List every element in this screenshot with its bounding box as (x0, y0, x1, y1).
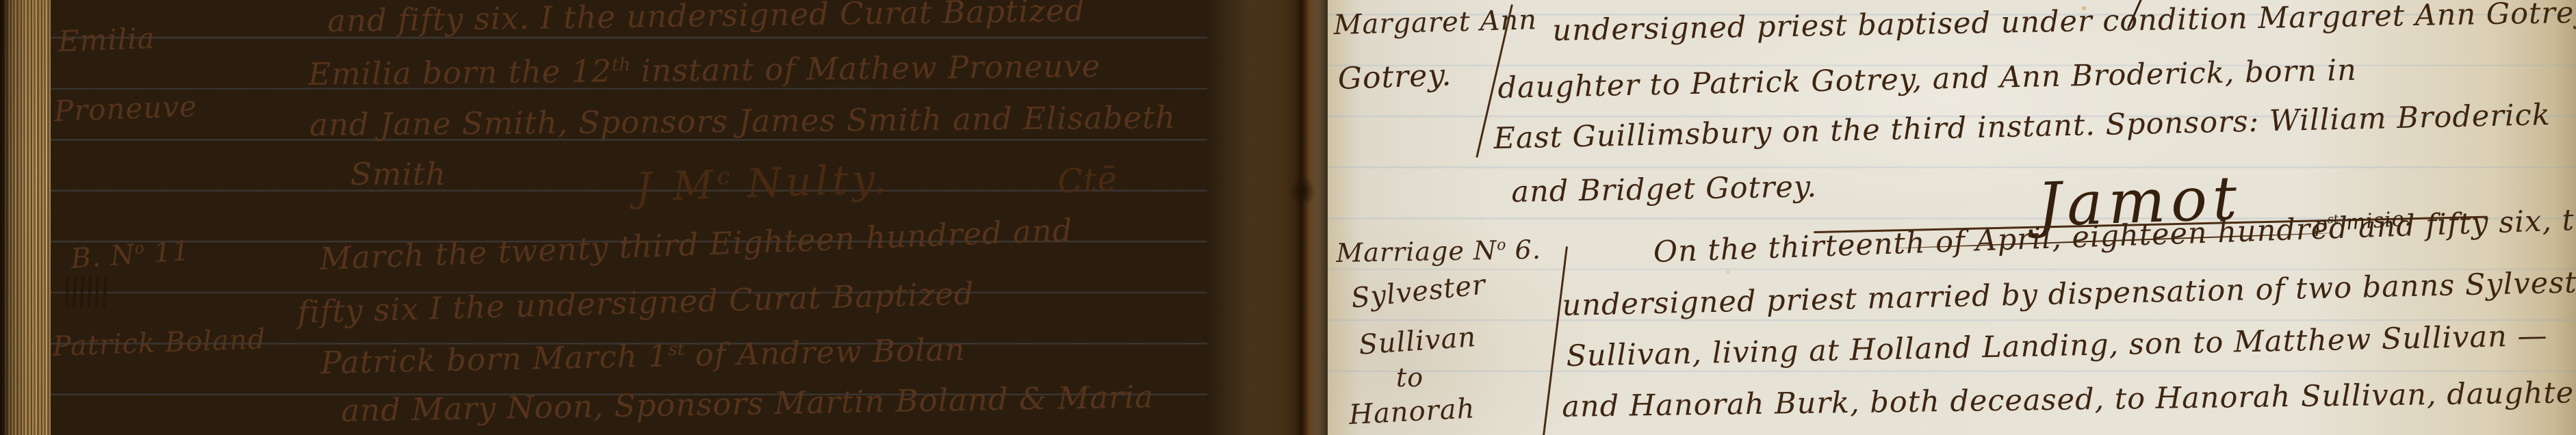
margin-child-surname: Proneuve (53, 90, 198, 128)
page-edge-ink-marks (65, 275, 112, 308)
line-text: instant of Mathew Proneuve (630, 48, 1101, 89)
ordinal-superscript: o (1497, 237, 1506, 254)
margin-to-label: to (1396, 362, 1424, 393)
margin-child-surname: Gotrey. (1337, 57, 1452, 96)
margin-child-first-name: Emilia (57, 21, 155, 58)
line-text: Emilia born the 12 (308, 53, 612, 92)
register-line: and Bridget Gotrey. (1511, 170, 1817, 209)
margin-marriage-number: Marriage No 6. (1336, 235, 1541, 268)
label-text: 11 (144, 235, 192, 270)
label-text: Marriage N (1336, 235, 1497, 268)
book-gutter (1207, 0, 1328, 435)
priest-title-abbreviation: Ctē (1057, 159, 1118, 200)
register-line: Smith (350, 156, 446, 192)
register-line: and Jane Smith, Sponsors James Smith and… (309, 99, 1176, 143)
book-binding-page-edges (0, 0, 51, 435)
parish-register-book: Emilia Proneuve and fifty six. I the und… (0, 0, 2576, 435)
ordinal-superscript: st (668, 339, 685, 360)
label-text: 6. (1506, 235, 1541, 265)
signature-text: J M (635, 161, 718, 211)
signature-superscript: c (717, 163, 730, 190)
gutter-ink-stain (1278, 170, 1326, 217)
signature-text: Nulty. (730, 155, 891, 207)
ordinal-superscript: th (612, 55, 631, 75)
margin-bride-first-name: Hanorah (1348, 393, 1476, 431)
line-text: of Andrew Bolan (684, 331, 966, 373)
priest-signature-mcnulty: J Mc Nulty. (635, 155, 891, 211)
label-text: B. N (70, 239, 136, 274)
line-text: Patrick born March 1 (320, 337, 669, 381)
